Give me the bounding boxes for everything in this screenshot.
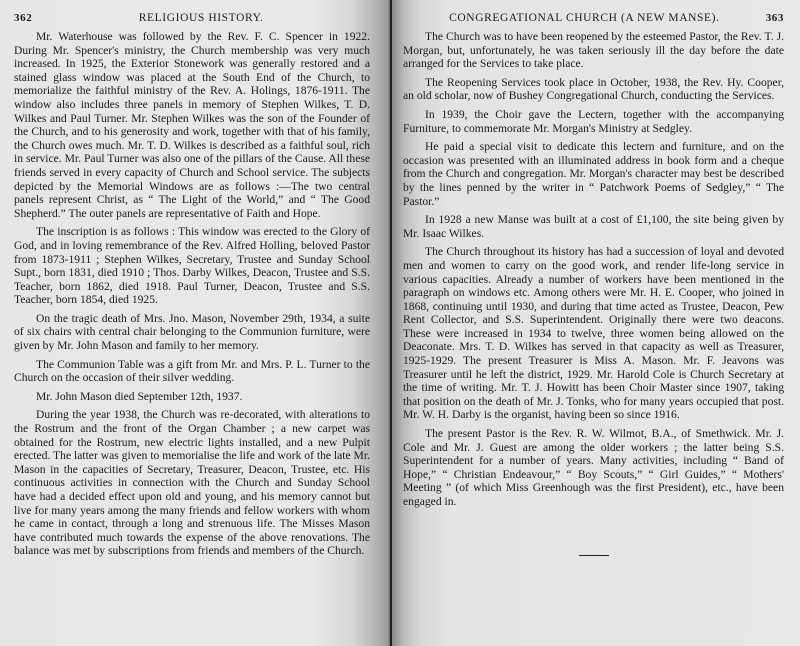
paragraph: Mr. Waterhouse was followed by the Rev. …	[14, 30, 370, 220]
running-head: RELIGIOUS HISTORY.	[32, 12, 370, 24]
page-number: 362	[14, 12, 32, 24]
paragraph: The present Pastor is the Rev. R. W. Wil…	[403, 427, 784, 509]
paragraph: In 1939, the Choir gave the Lectern, tog…	[403, 108, 784, 135]
left-page: 362 RELIGIOUS HISTORY. Mr. Waterhouse wa…	[0, 0, 392, 646]
paragraph: During the year 1938, the Church was re-…	[14, 408, 370, 558]
left-page-header: 362 RELIGIOUS HISTORY.	[14, 12, 370, 24]
paragraph: He paid a special visit to dedicate this…	[403, 140, 784, 208]
paragraph: On the tragic death of Mrs. Jno. Mason, …	[14, 312, 370, 353]
paragraph: The Communion Table was a gift from Mr. …	[14, 358, 370, 385]
paragraph: Mr. John Mason died September 12th, 1937…	[14, 390, 370, 404]
right-page-header: CONGREGATIONAL CHURCH (A NEW MANSE). 363	[403, 12, 784, 24]
paragraph: The Reopening Services took place in Oct…	[403, 76, 784, 103]
page-number: 363	[766, 12, 784, 24]
running-head: CONGREGATIONAL CHURCH (A NEW MANSE).	[403, 12, 766, 24]
section-end-rule	[579, 555, 609, 556]
paragraph: The Church throughout its history has ha…	[403, 245, 784, 422]
paragraph: In 1928 a new Manse was built at a cost …	[403, 213, 784, 240]
paragraph: The inscription is as follows : This win…	[14, 225, 370, 307]
paragraph: The Church was to have been reopened by …	[403, 30, 784, 71]
right-page: CONGREGATIONAL CHURCH (A NEW MANSE). 363…	[392, 0, 800, 646]
